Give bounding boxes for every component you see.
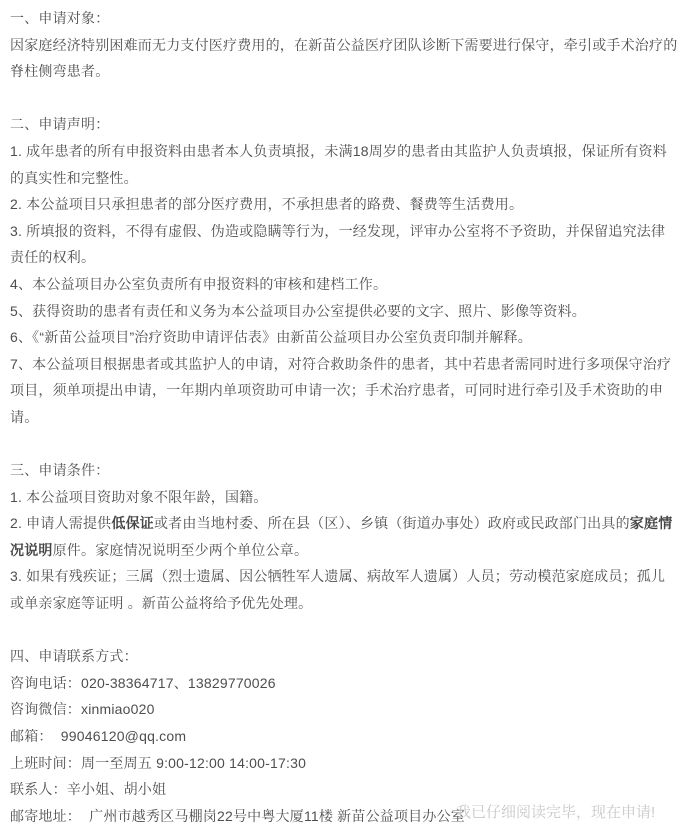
declaration-item-2: 2. 本公益项目只承担患者的部分医疗费用，不承担患者的路费、餐费等生活费用。	[10, 191, 678, 218]
declaration-item-3: 3. 所填报的资料，不得有虚假、伪造或隐瞒等行为，一经发现，评审办公室将不予资助…	[10, 218, 678, 271]
contact-person-label: 联系人：	[10, 781, 67, 797]
section-3-heading: 三、申请条件：	[10, 457, 678, 484]
section-1-heading: 一、申请对象：	[10, 5, 678, 32]
contact-email-line: 邮箱： 99046120@qq.com	[10, 723, 678, 750]
contact-address-value: 广州市越秀区马棚岗22号中粤大厦11楼 新苗公益项目办公室	[81, 808, 465, 824]
section-gap	[10, 431, 678, 458]
contact-hours-line: 上班时间：周一至周五 9:00-12:00 14:00-17:30	[10, 750, 678, 777]
contact-phone-value: 020-38364717、13829770026	[81, 675, 276, 691]
contact-email-label: 邮箱：	[10, 728, 53, 744]
section-gap	[10, 617, 678, 644]
contact-wechat-line: 咨询微信：xinmiao020	[10, 696, 678, 723]
contact-wechat-value: xinmiao020	[81, 701, 155, 717]
contact-phone-label: 咨询电话：	[10, 675, 81, 691]
declaration-item-4: 4、本公益项目办公室负责所有申报资料的审核和建档工作。	[10, 271, 678, 298]
bold-text-low-income-cert: 低保证	[111, 515, 154, 531]
declaration-item-5: 5、获得资助的患者有责任和义务为本公益项目办公室提供必要的文字、照片、影像等资料…	[10, 298, 678, 325]
condition-item-1: 1. 本公益项目资助对象不限年龄，国籍。	[10, 484, 678, 511]
text-segment: 2. 申请人需提供	[10, 515, 111, 531]
text-segment: 原件。家庭情况说明至少两个单位公章。	[53, 542, 309, 558]
declaration-item-6: 6、《“新苗公益项目”治疗资助申请评估表》由新苗公益项目办公室负责印制并解释。	[10, 324, 678, 351]
apply-now-hint[interactable]: 我已仔细阅读完毕，现在申请!	[456, 800, 655, 826]
contact-hours-label: 上班时间：	[10, 755, 81, 771]
contact-person-line: 联系人：辛小姐、胡小姐	[10, 776, 678, 803]
declaration-item-7: 7、本公益项目根据患者或其监护人的申请，对符合救助条件的患者，其中若患者需同时进…	[10, 351, 678, 431]
contact-person-value: 辛小姐、胡小姐	[67, 781, 166, 797]
section-gap	[10, 85, 678, 112]
contact-phone-line: 咨询电话：020-38364717、13829770026	[10, 670, 678, 697]
declaration-item-1: 1. 成年患者的所有申报资料由患者本人负责填报，未满18周岁的患者由其监护人负责…	[10, 138, 678, 191]
condition-item-3: 3. 如果有残疾证；三属（烈士遗属、因公牺牲军人遗属、病故军人遗属）人员；劳动模…	[10, 563, 678, 616]
application-guide-page: { "page": { "background_color": "#ffffff…	[0, 0, 688, 830]
condition-item-2: 2. 申请人需提供低保证或者由当地村委、所在县（区）、乡镇（街道办事处）政府或民…	[10, 510, 678, 563]
section-1-paragraph: 因家庭经济特别困难而无力支付医疗费用的，在新苗公益医疗团队诊断下需要进行保守，牵…	[10, 32, 678, 85]
document-body: 一、申请对象： 因家庭经济特别困难而无力支付医疗费用的，在新苗公益医疗团队诊断下…	[0, 0, 688, 829]
contact-address-label: 邮寄地址：	[10, 808, 81, 824]
contact-email-value: 99046120@qq.com	[53, 728, 187, 744]
text-segment: 或者由当地村委、所在县（区）、乡镇（街道办事处）政府或民政部门出具的	[154, 515, 630, 531]
contact-hours-value: 周一至周五 9:00-12:00 14:00-17:30	[81, 755, 306, 771]
section-4-heading: 四、申请联系方式：	[10, 643, 678, 670]
contact-wechat-label: 咨询微信：	[10, 701, 81, 717]
section-2-heading: 二、申请声明：	[10, 111, 678, 138]
